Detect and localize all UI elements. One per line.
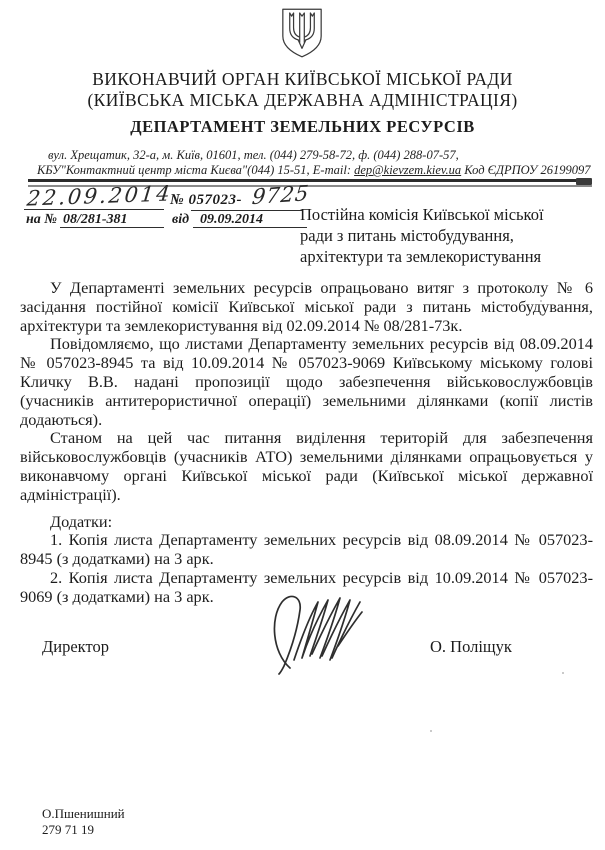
outgoing-date-handwritten: 22.09.2014 [26,181,174,210]
department-title: ДЕПАРТАМЕНТ ЗЕМЕЛЬНИХ РЕСУРСІВ [0,117,605,137]
executor-name: О.Пшенишний [42,806,125,822]
scan-speck [577,438,579,440]
organization-name-line2: (КИЇВСЬКА МІСЬКА ДЕРЖАВНА АДМІНІСТРАЦІЯ) [0,90,605,111]
email-address: dep@kievzem.kiev.ua [354,163,461,177]
attachments-label: Додатки: [20,513,593,532]
ukraine-trident-icon [279,2,325,64]
signer-title: Директор [42,637,109,657]
executor-phone: 279 71 19 [42,822,125,838]
scan-speck [562,672,564,674]
signer-name: О. Поліщук [430,637,512,657]
addressee-block: Постійна комісія Київської міської ради … [300,204,560,267]
number-underline [191,209,303,211]
addressee-line1: Постійна комісія Київської міської [300,204,560,225]
letter-body: У Департаменті земельних ресурсів опраць… [20,279,593,607]
attachment-item-1: 1. Копія листа Департаменту земельних ре… [20,531,593,569]
paragraph-2: Повідомляємо, що листами Департаменту зе… [20,335,593,429]
reply-number-underline [60,226,164,228]
organization-name-line1: ВИКОНАВЧИЙ ОРГАН КИЇВСЬКОЇ МІСЬКОЇ РАДИ [0,69,605,90]
letterhead-address-line2: КБУ"Контактний центр міста Києва"(044) 1… [37,163,590,178]
scanned-letter-page: ВИКОНАВЧИЙ ОРГАН КИЇВСЬКОЇ МІСЬКОЇ РАДИ … [0,0,605,850]
paragraph-1: У Департаменті земельних ресурсів опраць… [20,279,593,335]
scan-speck [540,300,542,302]
signature-scrawl-icon [268,590,383,678]
letterhead-rule-end-mark [576,178,592,185]
date-underline [24,208,164,210]
edrpou-code: Код ЄДРПОУ 26199097 [461,163,590,177]
paragraph-3: Станом на цей час питання виділення тери… [20,429,593,504]
addressee-line3: архітектури та землекористування [300,246,560,267]
addressee-line2: ради з питань містобудування, [300,225,560,246]
reply-to-label: на № [26,212,57,228]
outgoing-number-prefix: № 057023- [170,192,242,209]
executor-block: О.Пшенишний 279 71 19 [42,806,125,838]
reply-from-label: від [172,212,189,228]
scan-speck [430,730,432,732]
letterhead-address-line1: вул. Хрещатик, 32-а, м. Київ, 01601, тел… [48,148,459,163]
reply-date-underline [193,226,307,228]
contact-center-text: КБУ"Контактний центр міста Києва"(044) 1… [37,163,354,177]
